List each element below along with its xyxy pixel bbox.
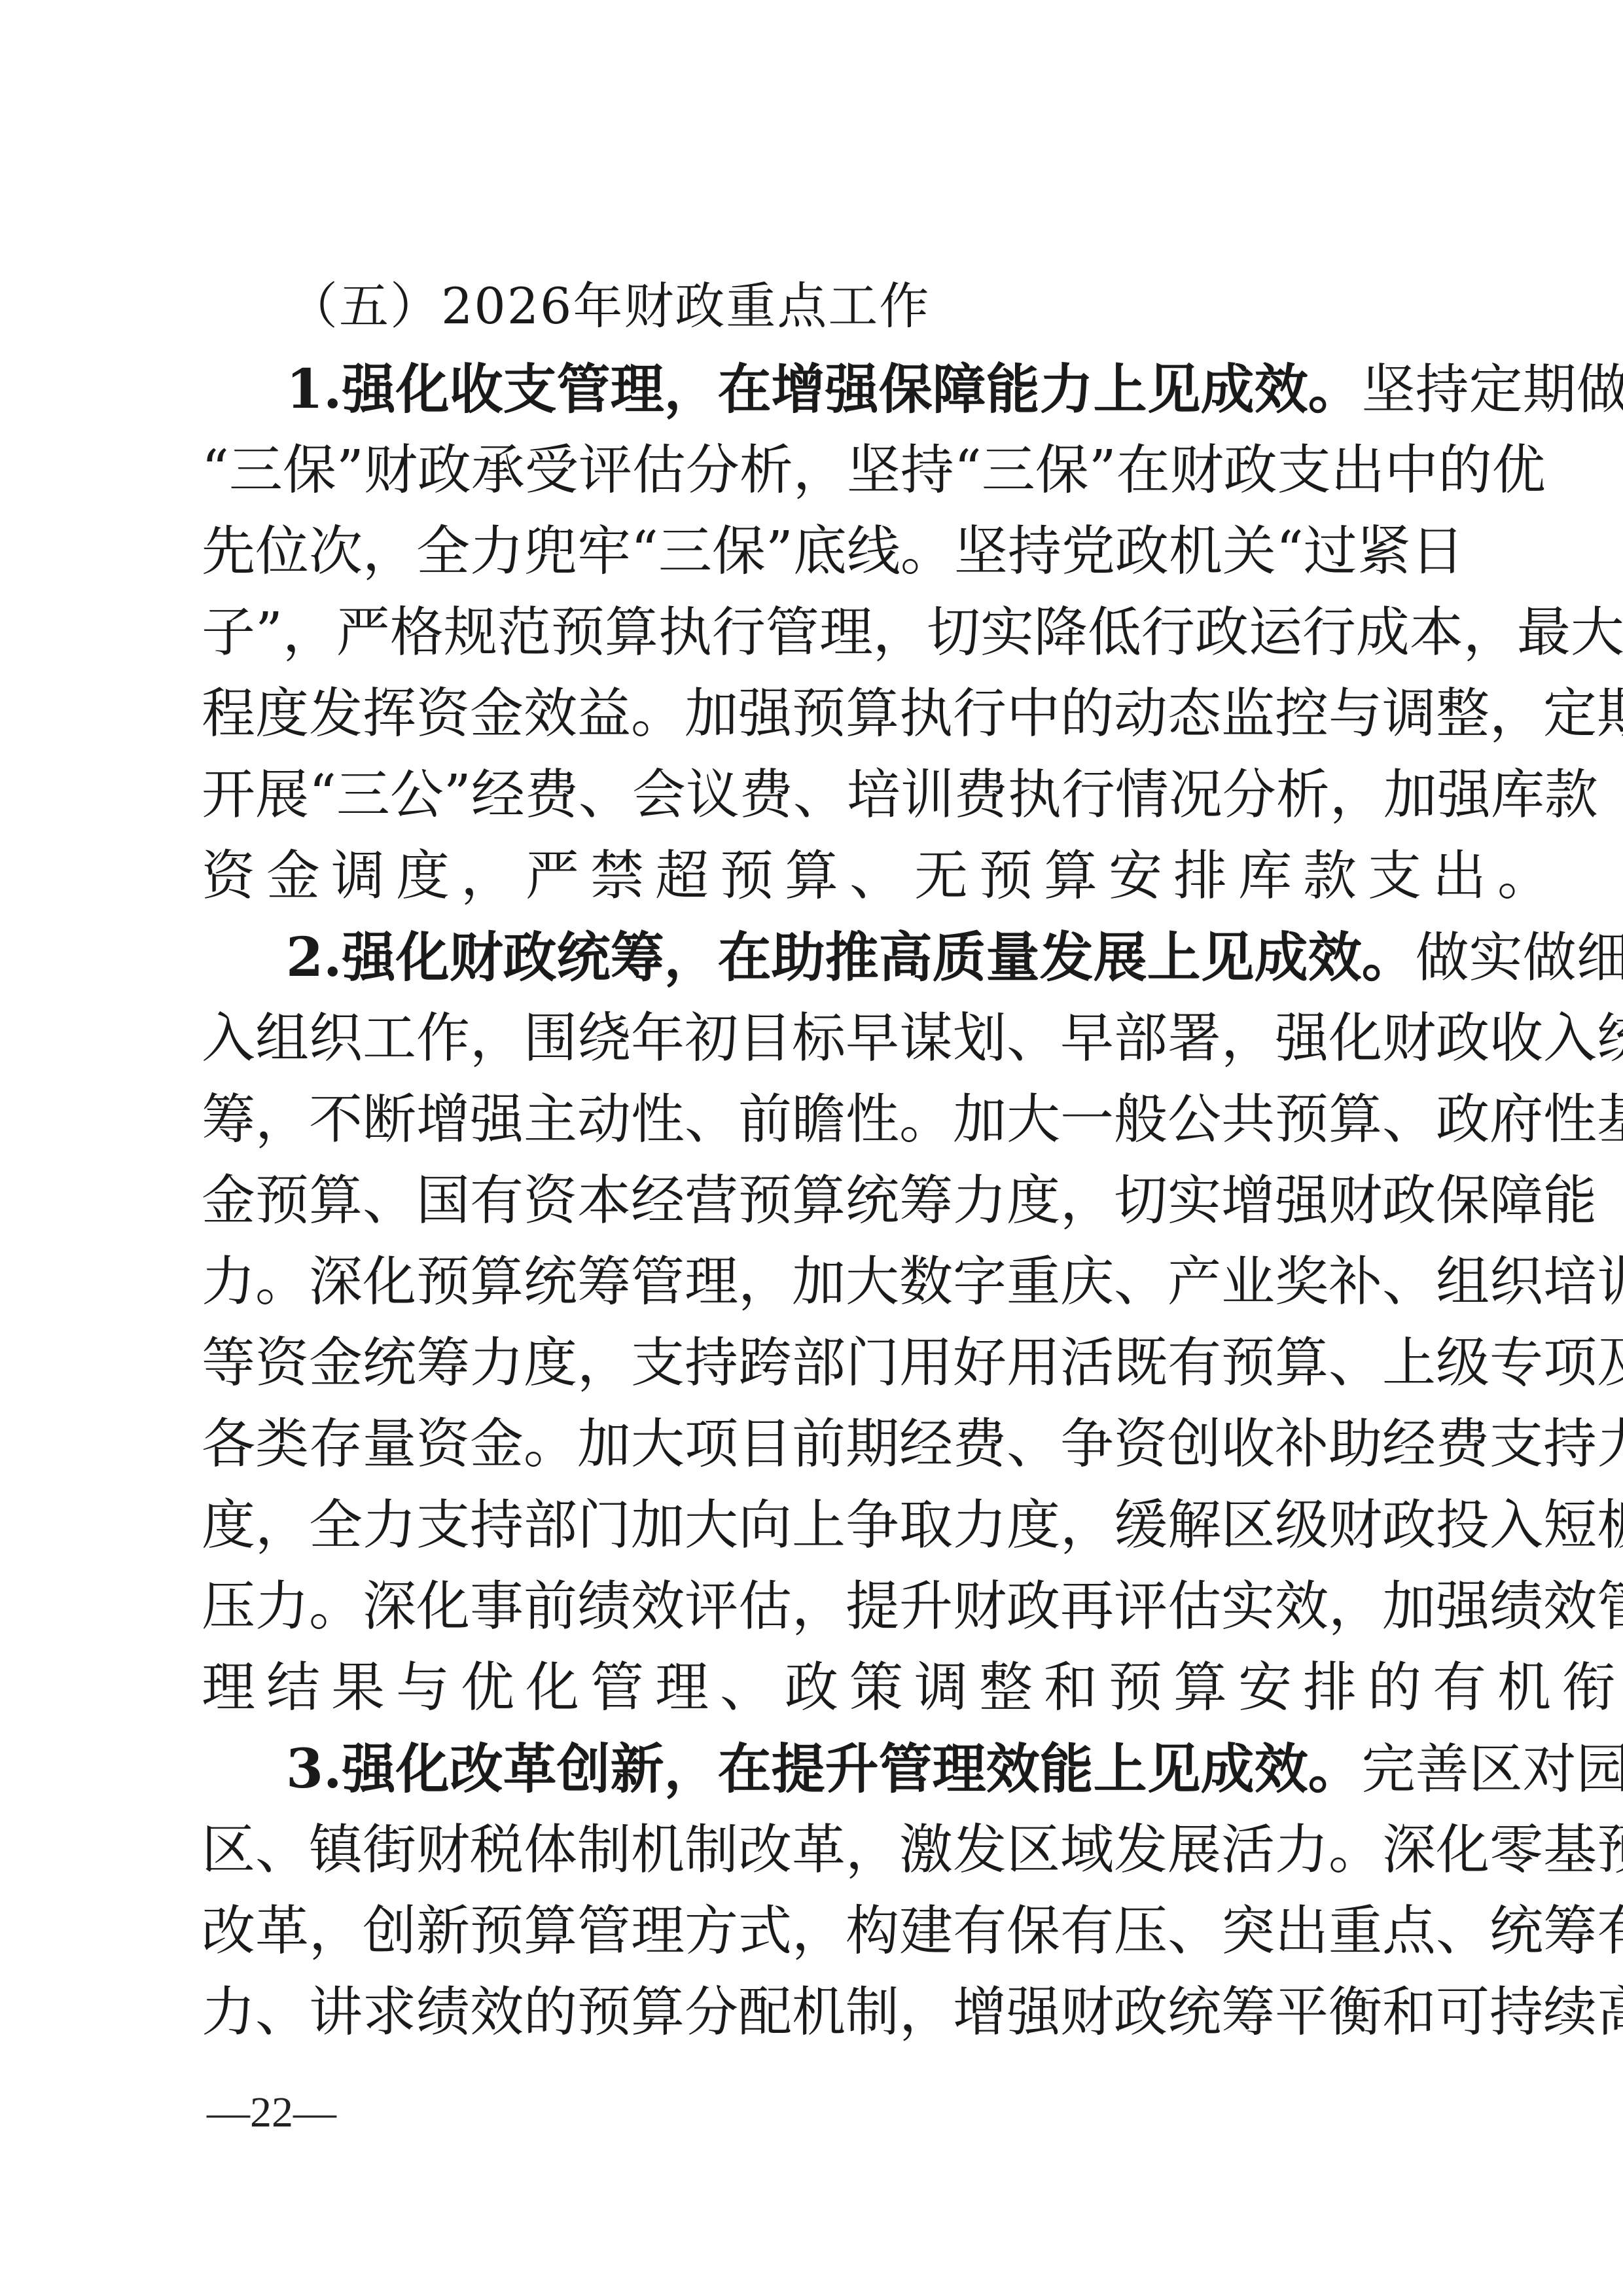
document-page: （五）2026年财政重点工作 1.强化收支管理，在增强保障能力上见成效。坚持定期… <box>0 0 1623 2296</box>
paragraph-1-lead: 1.强化收支管理，在增强保障能力上见成效。 <box>286 358 1362 421</box>
paragraph-2-line-9: 压力。深化事前绩效评估，提升财政再评估实效，加强绩效管 <box>202 1571 1420 1643</box>
paragraph-3-line-2: 区、镇街财税体制机制改革，激发区域发展活力。深化零基预算 <box>202 1814 1420 1886</box>
page-number: —22— <box>207 2087 336 2139</box>
paragraph-3-lead: 3.强化改革创新，在提升管理效能上见成效。 <box>286 1738 1362 1801</box>
paragraph-2-line-7: 各类存量资金。加大项目前期经费、争资创收补助经费支持力 <box>202 1408 1420 1480</box>
paragraph-2-lead: 2.强化财政统筹，在助推高质量发展上见成效。 <box>286 926 1416 989</box>
section-heading: （五）2026年财政重点工作 <box>288 274 930 339</box>
paragraph-2-line-2: 入组织工作，围绕年初目标早谋划、早部署，强化财政收入统 <box>202 1003 1420 1075</box>
paragraph-1-line-5: 程度发挥资金效益。加强预算执行中的动态监控与调整，定期 <box>202 678 1420 750</box>
paragraph-1-line-1: 1.强化收支管理，在增强保障能力上见成效。坚持定期做好 <box>286 353 1420 425</box>
paragraph-2-line-6: 等资金统筹力度，支持跨部门用好用活既有预算、上级专项及 <box>202 1327 1420 1399</box>
paragraph-3-line-4: 力、讲求绩效的预算分配机制，增强财政统筹平衡和可持续高质 <box>202 1977 1420 2049</box>
paragraph-2-line-10: 理结果与优化管理、政策调整和预算安排的有机衔接。 <box>202 1652 1420 1724</box>
paragraph-2-line-5: 力。深化预算统筹管理，加大数字重庆、产业奖补、组织培训 <box>202 1246 1420 1318</box>
paragraph-2-line-3: 筹，不断增强主动性、前瞻性。加大一般公共预算、政府性基 <box>202 1084 1420 1156</box>
paragraph-1-text: 坚持定期做好 <box>1362 359 1623 421</box>
paragraph-2-line-1: 2.强化财政统筹，在助推高质量发展上见成效。做实做细收 <box>286 922 1420 994</box>
paragraph-1-line-6: 开展“三公”经费、会议费、培训费执行情况分析，加强库款 <box>202 759 1420 831</box>
paragraph-1-line-3: 先位次，全力兜牢“三保”底线。坚持党政机关“过紧日 <box>202 516 1420 588</box>
paragraph-1-line-7: 资金调度，严禁超预算、无预算安排库款支出。 <box>202 840 1420 912</box>
paragraph-2-line-4: 金预算、国有资本经营预算统筹力度，切实增强财政保障能 <box>202 1165 1420 1237</box>
paragraph-3-line-1: 3.强化改革创新，在提升管理效能上见成效。完善区对园 <box>286 1733 1420 1805</box>
paragraph-1-line-4: 子”，严格规范预算执行管理，切实降低行政运行成本，最大 <box>202 597 1420 669</box>
paragraph-1-line-2: “三保”财政承受评估分析，坚持“三保”在财政支出中的优 <box>202 435 1420 507</box>
paragraph-2-text: 做实做细收 <box>1416 927 1623 989</box>
paragraph-3-line-3: 改革，创新预算管理方式，构建有保有压、突出重点、统筹有 <box>202 1895 1420 1967</box>
paragraph-3-text: 完善区对园 <box>1362 1738 1623 1801</box>
paragraph-2-line-8: 度，全力支持部门加大向上争取力度，缓解区级财政投入短板 <box>202 1490 1420 1562</box>
